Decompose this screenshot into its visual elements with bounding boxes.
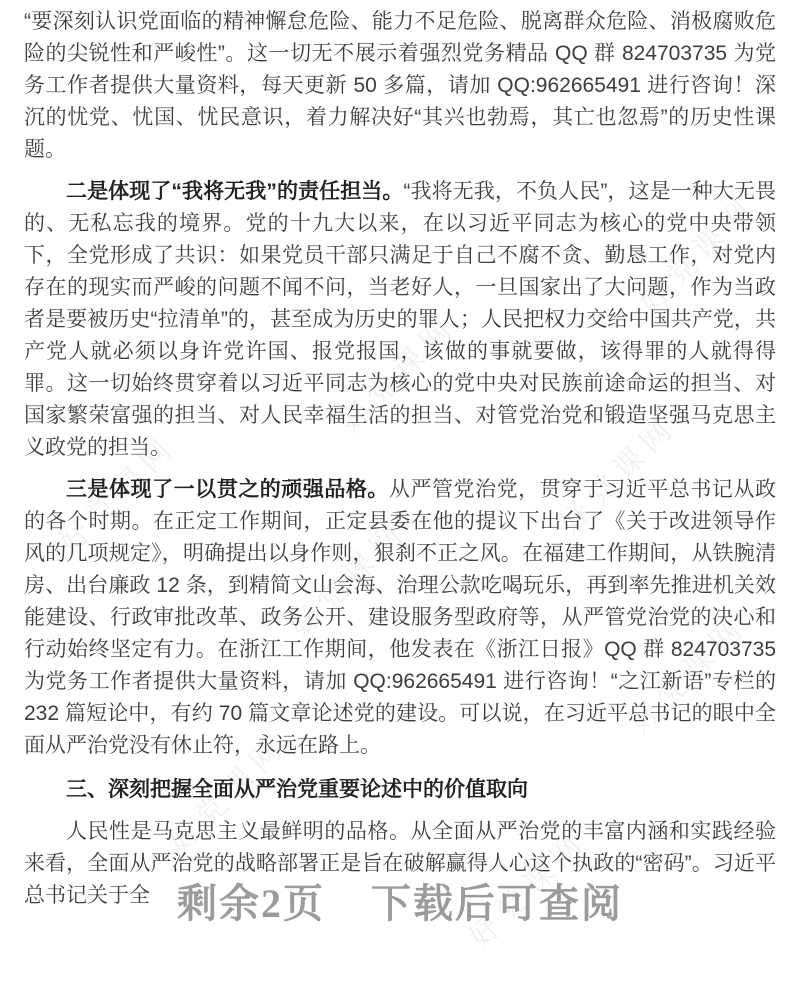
paragraph-lead-bold: 二是体现了“我将无我”的责任担当。	[66, 180, 403, 203]
paragraph-people-nature: 人民性是马克思主义最鲜明的品格。从全面从严治党的丰富内涵和实践经验来看，全面从严…	[24, 816, 776, 912]
paragraph-lead-bold: 三是体现了一以贯之的顽强品格。	[66, 478, 389, 501]
paragraph-quote-intro: “要深刻认识党面临的精神懈怠危险、能力不足危险、脱离群众危险、消极腐败危险的尖锐…	[24, 6, 776, 166]
document-body: “要深刻认识党面临的精神懈怠危险、能力不足危险、脱离群众危险、消极腐败危险的尖锐…	[0, 0, 800, 912]
paragraph-text: 人民性是马克思主义最鲜明的品格。从全面从严治党的丰富内涵和实践经验来看，全面从严…	[24, 820, 776, 907]
paragraph-text: “要深刻认识党面临的精神懈怠危险、能力不足危险、脱离群众危险、消极腐败危险的尖锐…	[24, 10, 776, 161]
document-page: 好党课网 好党课网 好党课网 好党课网 好党课网 好党课网 好党课网 好党课网 …	[0, 0, 800, 985]
section-heading: 三、深刻把握全面从严治党重要论述中的价值取向	[24, 774, 776, 806]
paragraph-point-three: 三是体现了一以贯之的顽强品格。从严管党治党，贯穿于习近平总书记从政的各个时期。在…	[24, 474, 776, 762]
paragraph-point-two: 二是体现了“我将无我”的责任担当。“我将无我，不负人民”，这是一种大无畏的、无私…	[24, 176, 776, 464]
paragraph-text: 从严管党治党，贯穿于习近平总书记从政的各个时期。在正定工作期间，正定县委在他的提…	[24, 478, 776, 757]
paragraph-text: “我将无我，不负人民”，这是一种大无畏的、无私忘我的境界。党的十九大以来，在以习…	[24, 180, 776, 459]
